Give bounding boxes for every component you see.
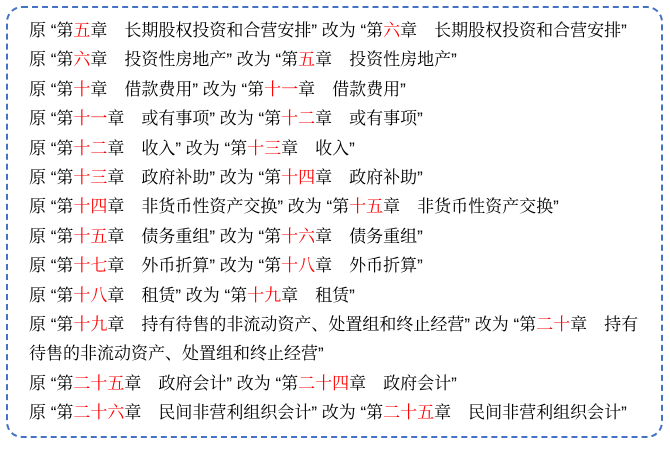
chapter-number-highlight: 六: [73, 50, 90, 69]
chapter-number-highlight: 十六: [281, 227, 315, 246]
change-entry: 原 “第十四章 非货币性资产交换” 改为 “第十五章 非货币性资产交换”: [29, 192, 645, 221]
text-segment: 章 收入” 改为 “第: [107, 139, 247, 158]
chapter-number-highlight: 十三: [247, 139, 281, 158]
text-segment: 章 投资性房地产” 改为 “第: [90, 50, 298, 69]
chapter-number-highlight: 十九: [73, 315, 107, 334]
change-entry: 原 “第十章 借款费用” 改为 “第十一章 借款费用”: [29, 75, 645, 104]
chapter-number-highlight: 五: [298, 50, 315, 69]
chapter-number-highlight: 十八: [281, 256, 315, 275]
text-segment: 原 “第: [29, 227, 73, 246]
chapter-renumber-panel: 原 “第五章 长期股权投资和合营安排” 改为 “第六章 长期股权投资和合营安排”…: [6, 6, 663, 438]
chapter-number-highlight: 二十: [536, 315, 570, 334]
change-entry: 原 “第十一章 或有事项” 改为 “第十二章 或有事项”: [29, 104, 645, 133]
text-segment: 章 政府补助” 改为 “第: [107, 168, 281, 187]
change-entry: 原 “第十三章 政府补助” 改为 “第十四章 政府补助”: [29, 163, 645, 192]
text-segment: 章 外币折算” 改为 “第: [107, 256, 281, 275]
change-entry: 原 “第十七章 外币折算” 改为 “第十八章 外币折算”: [29, 251, 645, 280]
chapter-number-highlight: 二十四: [298, 374, 349, 393]
chapter-number-highlight: 十五: [349, 197, 383, 216]
text-segment: 章 政府会计”: [349, 374, 457, 393]
text-segment: 原 “第: [29, 80, 73, 99]
chapter-number-highlight: 十三: [73, 168, 107, 187]
text-segment: 原 “第: [29, 286, 73, 305]
text-segment: 章 收入”: [281, 139, 355, 158]
text-segment: 章 租赁” 改为 “第: [107, 286, 247, 305]
text-segment: 原 “第: [29, 256, 73, 275]
text-segment: 章 非货币性资产交换” 改为 “第: [107, 197, 349, 216]
chapter-number-highlight: 十五: [73, 227, 107, 246]
text-segment: 章 债务重组” 改为 “第: [107, 227, 281, 246]
change-entry: 原 “第六章 投资性房地产” 改为 “第五章 投资性房地产”: [29, 45, 645, 74]
text-segment: 原 “第: [29, 374, 73, 393]
text-segment: 章 或有事项”: [315, 109, 423, 128]
text-segment: 章 外币折算”: [315, 256, 423, 275]
change-entry: 原 “第十九章 持有待售的非流动资产、处置组和终止经营” 改为 “第二十章 持有…: [29, 310, 645, 369]
chapter-number-highlight: 十七: [73, 256, 107, 275]
text-segment: 原 “第: [29, 21, 73, 40]
chapter-number-highlight: 十四: [281, 168, 315, 187]
chapter-number-highlight: 十二: [73, 139, 107, 158]
chapter-number-highlight: 二十五: [383, 403, 434, 422]
text-segment: 章 民间非营利组织会计”: [434, 403, 627, 422]
change-entry: 原 “第二十五章 政府会计” 改为 “第二十四章 政府会计”: [29, 369, 645, 398]
change-entry: 原 “第二十六章 民间非营利组织会计” 改为 “第二十五章 民间非营利组织会计”: [29, 398, 645, 427]
text-segment: 原 “第: [29, 403, 73, 422]
text-segment: 原 “第: [29, 109, 73, 128]
text-segment: 原 “第: [29, 315, 73, 334]
chapter-number-highlight: 十四: [73, 197, 107, 216]
change-entry: 原 “第十八章 租赁” 改为 “第十九章 租赁”: [29, 281, 645, 310]
text-segment: 章 长期股权投资和合营安排”: [400, 21, 627, 40]
text-segment: 章 租赁”: [281, 286, 355, 305]
chapter-number-highlight: 二十五: [73, 374, 124, 393]
text-segment: 原 “第: [29, 139, 73, 158]
chapter-number-highlight: 六: [383, 21, 400, 40]
entries-list: 原 “第五章 长期股权投资和合营安排” 改为 “第六章 长期股权投资和合营安排”…: [29, 16, 645, 428]
change-entry: 原 “第十五章 债务重组” 改为 “第十六章 债务重组”: [29, 222, 645, 251]
text-segment: 章 借款费用” 改为 “第: [90, 80, 264, 99]
text-segment: 章 持有待售的非流动资产、处置组和终止经营” 改为 “第: [107, 315, 536, 334]
text-segment: 原 “第: [29, 168, 73, 187]
text-segment: 章 或有事项” 改为 “第: [107, 109, 281, 128]
chapter-number-highlight: 十八: [73, 286, 107, 305]
text-segment: 章 政府补助”: [315, 168, 423, 187]
text-segment: 章 非货币性资产交换”: [383, 197, 559, 216]
chapter-number-highlight: 十一: [264, 80, 298, 99]
chapter-number-highlight: 十: [73, 80, 90, 99]
text-segment: 章 投资性房地产”: [315, 50, 457, 69]
change-entry: 原 “第五章 长期股权投资和合营安排” 改为 “第六章 长期股权投资和合营安排”: [29, 16, 645, 45]
chapter-number-highlight: 十二: [281, 109, 315, 128]
text-segment: 章 借款费用”: [298, 80, 406, 99]
chapter-number-highlight: 二十六: [73, 403, 124, 422]
page: { "colors": { "background": "#FFFFFF", "…: [0, 0, 670, 449]
text-segment: 原 “第: [29, 197, 73, 216]
change-entry: 原 “第十二章 收入” 改为 “第十三章 收入”: [29, 134, 645, 163]
chapter-number-highlight: 五: [73, 21, 90, 40]
text-segment: 章 政府会计” 改为 “第: [124, 374, 298, 393]
text-segment: 章 长期股权投资和合营安排” 改为 “第: [90, 21, 383, 40]
text-segment: 章 债务重组”: [315, 227, 423, 246]
chapter-number-highlight: 十九: [247, 286, 281, 305]
text-segment: 原 “第: [29, 50, 73, 69]
text-segment: 章 民间非营利组织会计” 改为 “第: [124, 403, 383, 422]
chapter-number-highlight: 十一: [73, 109, 107, 128]
